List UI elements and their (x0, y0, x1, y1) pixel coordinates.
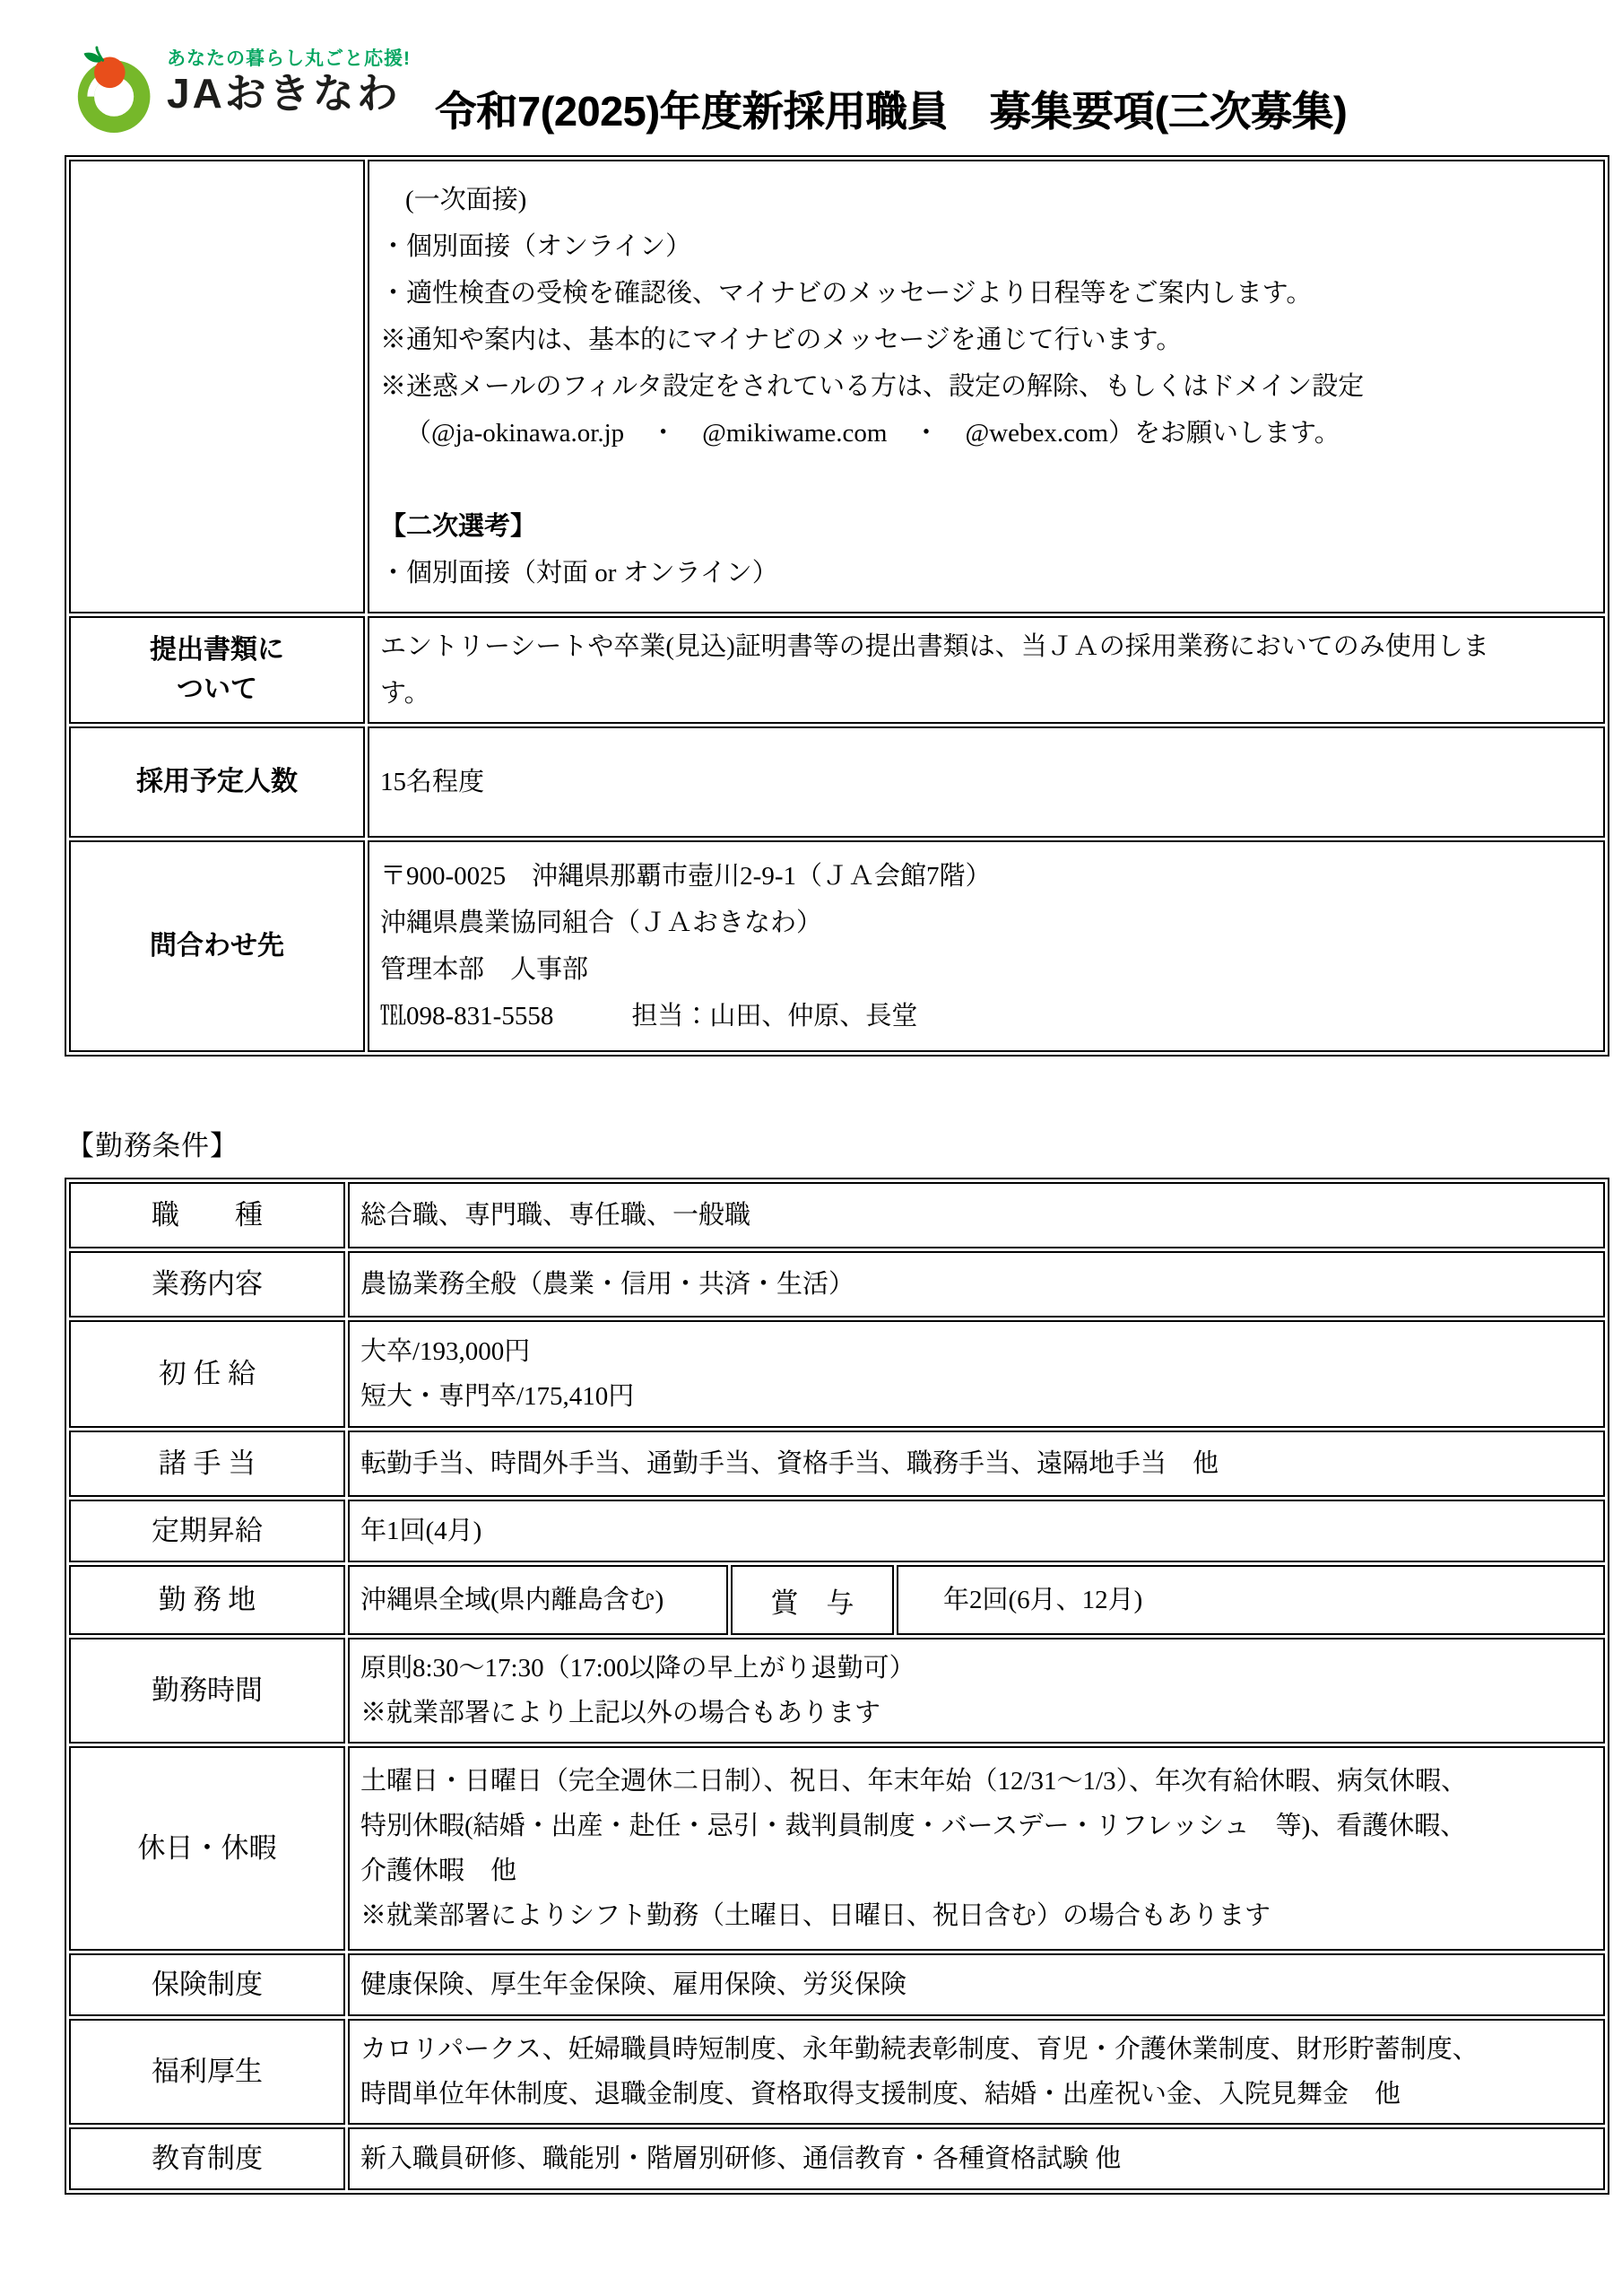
content-line: （@ja-okinawa.or.jp ・ @mikiwame.com ・ @we… (380, 410, 1587, 457)
content-line: 年2回(6月、12月) (943, 1578, 1587, 1622)
page-title: 令和7(2025)年度新採用職員 募集要項(三次募集) (435, 88, 1347, 135)
row-content-cell: 新入職員研修、職能別・階層別研修、通信教育・各種資格試験 他 (348, 2127, 1605, 2190)
logo-text-block: あなたの暮らし丸ごと応援! JAおきなわ (167, 43, 411, 117)
row-label-cell: 勤務時間 (69, 1638, 345, 1744)
content-line (380, 457, 1587, 503)
ja-okinawa-logo: あなたの暮らし丸ごと応援! JAおきなわ (74, 43, 411, 136)
row-content-cell: (一次面接)・個別面接（オンライン）・適性検査の受検を確認後、マイナビのメッセー… (368, 160, 1605, 613)
table-row: 教育制度新入職員研修、職能別・階層別研修、通信教育・各種資格試験 他 (69, 2127, 1605, 2190)
row-label-cell: 問合わせ先 (69, 840, 365, 1052)
logo-tagline: あなたの暮らし丸ごと応援! (167, 48, 411, 70)
table-row: 職 種総合職、専門職、専任職、一般職 (69, 1182, 1605, 1248)
content-line: 管理本部 人事部 (380, 946, 1587, 993)
content-line: ・個別面接（オンライン） (380, 223, 1587, 270)
table-row: 提出書類についてエントリーシートや卒業(見込)証明書等の提出書類は、当ＪＡの採用… (69, 616, 1605, 724)
row-content-cell: 大卒/193,000円短大・専門卒/175,410円 (348, 1320, 1605, 1428)
content-line: 短大・専門卒/175,410円 (360, 1374, 1587, 1419)
table-row: 諸 手 当転勤手当、時間外手当、通勤手当、資格手当、職務手当、遠隔地手当 他 (69, 1431, 1605, 1497)
row-label-cell: 保険制度 (69, 1953, 345, 2016)
row-content-cell: 年1回(4月) (348, 1500, 1605, 1562)
table-row: 勤 務 地沖縄県全域(県内離島含む)賞 与年2回(6月、12月) (69, 1565, 1605, 1635)
row-label-cell: 教育制度 (69, 2127, 345, 2190)
document-header: あなたの暮らし丸ごと応援! JAおきなわ 令和7(2025)年度新採用職員 募集… (65, 43, 1557, 155)
row-content-cell: 土曜日・日曜日（完全週休二日制）、祝日、年末年始（12/31〜1/3）、年次有給… (348, 1746, 1605, 1951)
recruitment-notice-page: あなたの暮らし丸ごと応援! JAおきなわ 令和7(2025)年度新採用職員 募集… (0, 0, 1622, 2296)
content-line: 原則8:30〜17:30（17:00以降の早上がり退勤可） (360, 1646, 1587, 1691)
content-line: ℡098-831-5558 担当：山田、仲原、長堂 (380, 993, 1587, 1039)
row-content-cell: 沖縄県全域(県内離島含む) (348, 1565, 728, 1635)
content-line: 15名程度 (380, 759, 1587, 805)
content-line: 沖縄県全域(県内離島含む) (360, 1578, 710, 1622)
content-line: 農協業務全般（農業・信用・共済・生活） (360, 1262, 1587, 1307)
row-label-cell: 採用予定人数 (69, 726, 365, 838)
work-conditions-heading: 【勤務条件】 (66, 1123, 1622, 1163)
row-label-cell: 諸 手 当 (69, 1431, 345, 1497)
selection-info-table: (一次面接)・個別面接（オンライン）・適性検査の受検を確認後、マイナビのメッセー… (65, 155, 1609, 1057)
content-line: 新入職員研修、職能別・階層別研修、通信教育・各種資格試験 他 (360, 2136, 1587, 2181)
content-line: 時間単位年休制度、退職金制度、資格取得支援制度、結婚・出産祝い金、入院見舞金 他 (360, 2072, 1587, 2117)
table-row: 休日・休暇土曜日・日曜日（完全週休二日制）、祝日、年末年始（12/31〜1/3）… (69, 1746, 1605, 1951)
bonus-content-cell: 年2回(6月、12月) (897, 1565, 1605, 1635)
row-content-cell: 〒900-0025 沖縄県那覇市壺川2-9-1（ＪＡ会館7階）沖縄県農業協同組合… (368, 840, 1605, 1052)
work-conditions-table: 職 種総合職、専門職、専任職、一般職業務内容農協業務全般（農業・信用・共済・生活… (65, 1178, 1609, 2195)
row-content-cell: 転勤手当、時間外手当、通勤手当、資格手当、職務手当、遠隔地手当 他 (348, 1431, 1605, 1497)
table-row: 業務内容農協業務全般（農業・信用・共済・生活） (69, 1251, 1605, 1318)
row-content-cell: 15名程度 (368, 726, 1605, 838)
content-line: す。 (380, 670, 1587, 717)
table-row: (一次面接)・個別面接（オンライン）・適性検査の受検を確認後、マイナビのメッセー… (69, 160, 1605, 613)
row-label-cell: 提出書類について (69, 616, 365, 724)
table-row: 採用予定人数15名程度 (69, 726, 1605, 838)
table-row: 保険制度健康保険、厚生年金保険、雇用保険、労災保険 (69, 1953, 1605, 2016)
content-line: 総合職、専門職、専任職、一般職 (360, 1193, 1587, 1238)
content-line: 沖縄県農業協同組合（ＪＡおきなわ） (380, 900, 1587, 946)
content-line: 【二次選考】 (380, 503, 1587, 550)
content-line: エントリーシートや卒業(見込)証明書等の提出書類は、当ＪＡの採用業務においてのみ… (380, 623, 1587, 670)
row-label-cell: 業務内容 (69, 1251, 345, 1318)
bonus-label-cell: 賞 与 (731, 1565, 894, 1635)
content-line: ※迷惑メールのフィルタ設定をされている方は、設定の解除、もしくはドメイン設定 (380, 363, 1587, 410)
ja-logo-icon (74, 43, 160, 136)
row-content-cell: 健康保険、厚生年金保険、雇用保険、労災保険 (348, 1953, 1605, 2016)
table-row: 勤務時間原則8:30〜17:30（17:00以降の早上がり退勤可）※就業部署によ… (69, 1638, 1605, 1744)
content-line: 転勤手当、時間外手当、通勤手当、資格手当、職務手当、遠隔地手当 他 (360, 1441, 1587, 1486)
table-row: 初 任 給大卒/193,000円短大・専門卒/175,410円 (69, 1320, 1605, 1428)
content-line: (一次面接) (380, 177, 1587, 223)
content-line: 特別休暇(結婚・出産・赴任・忌引・裁判員制度・バースデー・リフレッシュ 等)、看… (360, 1804, 1587, 1848)
row-label-cell: 勤 務 地 (69, 1565, 345, 1635)
logo-brand-name: JAおきなわ (167, 70, 411, 117)
row-label-cell: 初 任 給 (69, 1320, 345, 1428)
content-line: 健康保険、厚生年金保険、雇用保険、労災保険 (360, 1962, 1587, 2007)
content-line: ・適性検査の受検を確認後、マイナビのメッセージより日程等をご案内します。 (380, 270, 1587, 317)
content-line: ※就業部署により上記以外の場合もあります (360, 1691, 1587, 1735)
table-row: 問合わせ先〒900-0025 沖縄県那覇市壺川2-9-1（ＪＡ会館7階）沖縄県農… (69, 840, 1605, 1052)
content-line: 〒900-0025 沖縄県那覇市壺川2-9-1（ＪＡ会館7階） (380, 853, 1587, 900)
row-content-cell: カロリパークス、妊婦職員時短制度、永年勤続表彰制度、育児・介護休業制度、財形貯蓄… (348, 2019, 1605, 2125)
row-content-cell: エントリーシートや卒業(見込)証明書等の提出書類は、当ＪＡの採用業務においてのみ… (368, 616, 1605, 724)
row-label-cell: 福利厚生 (69, 2019, 345, 2125)
row-label-cell: 休日・休暇 (69, 1746, 345, 1951)
content-line: ※就業部署によりシフト勤務（土曜日、日曜日、祝日含む）の場合もあります (360, 1893, 1587, 1938)
content-line: カロリパークス、妊婦職員時短制度、永年勤続表彰制度、育児・介護休業制度、財形貯蓄… (360, 2027, 1587, 2072)
content-line: ・個別面接（対面 or オンライン） (380, 550, 1587, 596)
row-content-cell: 農協業務全般（農業・信用・共済・生活） (348, 1251, 1605, 1318)
row-label-cell (69, 160, 365, 613)
row-label-cell: 職 種 (69, 1182, 345, 1248)
content-line: 年1回(4月) (360, 1509, 1587, 1553)
table-row: 定期昇給年1回(4月) (69, 1500, 1605, 1562)
row-label-cell: 定期昇給 (69, 1500, 345, 1562)
table-row: 福利厚生カロリパークス、妊婦職員時短制度、永年勤続表彰制度、育児・介護休業制度、… (69, 2019, 1605, 2125)
row-content-cell: 原則8:30〜17:30（17:00以降の早上がり退勤可）※就業部署により上記以… (348, 1638, 1605, 1744)
row-content-cell: 総合職、専門職、専任職、一般職 (348, 1182, 1605, 1248)
content-line: 大卒/193,000円 (360, 1329, 1587, 1374)
content-line: ※通知や案内は、基本的にマイナビのメッセージを通じて行います。 (380, 317, 1587, 363)
content-line: 土曜日・日曜日（完全週休二日制）、祝日、年末年始（12/31〜1/3）、年次有給… (360, 1759, 1587, 1804)
content-line: 介護休暇 他 (360, 1848, 1587, 1893)
